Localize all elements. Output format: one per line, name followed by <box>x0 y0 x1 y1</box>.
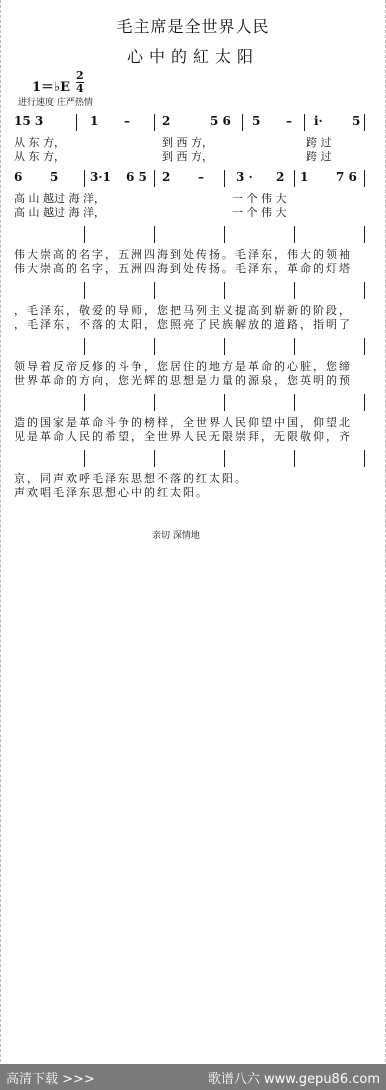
note: 15 3 <box>14 114 43 128</box>
score-row <box>14 392 370 412</box>
key-signature: 1＝♭E <box>32 76 70 95</box>
note: 6 5 <box>126 170 147 184</box>
site-link[interactable]: 歌谱八六 www.gepu86.com <box>208 1068 380 1087</box>
bar-line <box>154 114 155 131</box>
note: 5 <box>252 114 260 128</box>
note: 2 <box>162 114 170 128</box>
score-row <box>14 280 370 300</box>
bar-line <box>84 170 85 187</box>
bar-line <box>76 114 77 131</box>
note: 3 · <box>236 170 253 184</box>
note: 1 <box>300 170 308 184</box>
score-row: 653·16 52–3 ·217 6 <box>14 168 370 188</box>
song-title: 毛主席是全世界人民 <box>0 14 386 37</box>
bar-line <box>294 170 295 187</box>
note: 5 6 <box>210 114 231 128</box>
note: – <box>124 114 130 128</box>
score-row <box>14 448 370 468</box>
lyric-line: 见是革命人民的希望，全世界人民无限崇拜，无限敬仰，齐 <box>14 428 370 444</box>
note: 1 <box>90 114 98 128</box>
expression-mark: 亲切 深情地 <box>152 528 200 541</box>
score-row <box>14 224 370 244</box>
lyric-line: 声欢唱毛泽东思想心中的红太阳。 <box>14 484 370 500</box>
time-signature: 2 4 <box>76 70 84 95</box>
tempo-marking: 进行速度 庄严热情 <box>18 95 93 108</box>
footer-bar: 高清下载 >>> 歌谱八六 www.gepu86.com <box>0 1064 386 1090</box>
note: 7 6 <box>336 170 357 184</box>
bar-line <box>224 170 225 187</box>
bar-line <box>364 170 365 187</box>
bar-line <box>154 170 155 187</box>
hd-download-link[interactable]: 高清下载 >>> <box>6 1068 95 1087</box>
note: 2 <box>276 170 284 184</box>
note: – <box>198 170 204 184</box>
lyric-line: 伟大崇高的名字，五洲四海到处传扬。毛泽东，革命的灯塔 <box>14 260 370 276</box>
lyric-line: ，毛泽东，不落的太阳，您照亮了民族解放的道路，指明了 <box>14 316 370 332</box>
bar-line <box>304 114 305 131</box>
note: 5 <box>352 114 360 128</box>
song-subtitle: 心中的紅太阳 <box>0 44 386 67</box>
note: 3·1 <box>90 170 111 184</box>
bar-line <box>364 114 365 131</box>
score-row <box>14 336 370 356</box>
note: – <box>286 114 292 128</box>
score-row: 15 31–25 65–i·5 <box>14 112 370 132</box>
note: 6 <box>14 170 22 184</box>
lyric-line: 世界革命的方向，您光辉的思想是力量的源泉，您英明的预 <box>14 372 370 388</box>
note: 2 <box>162 170 170 184</box>
bar-line <box>242 114 243 131</box>
note: 5 <box>50 170 58 184</box>
note: i· <box>314 114 323 128</box>
